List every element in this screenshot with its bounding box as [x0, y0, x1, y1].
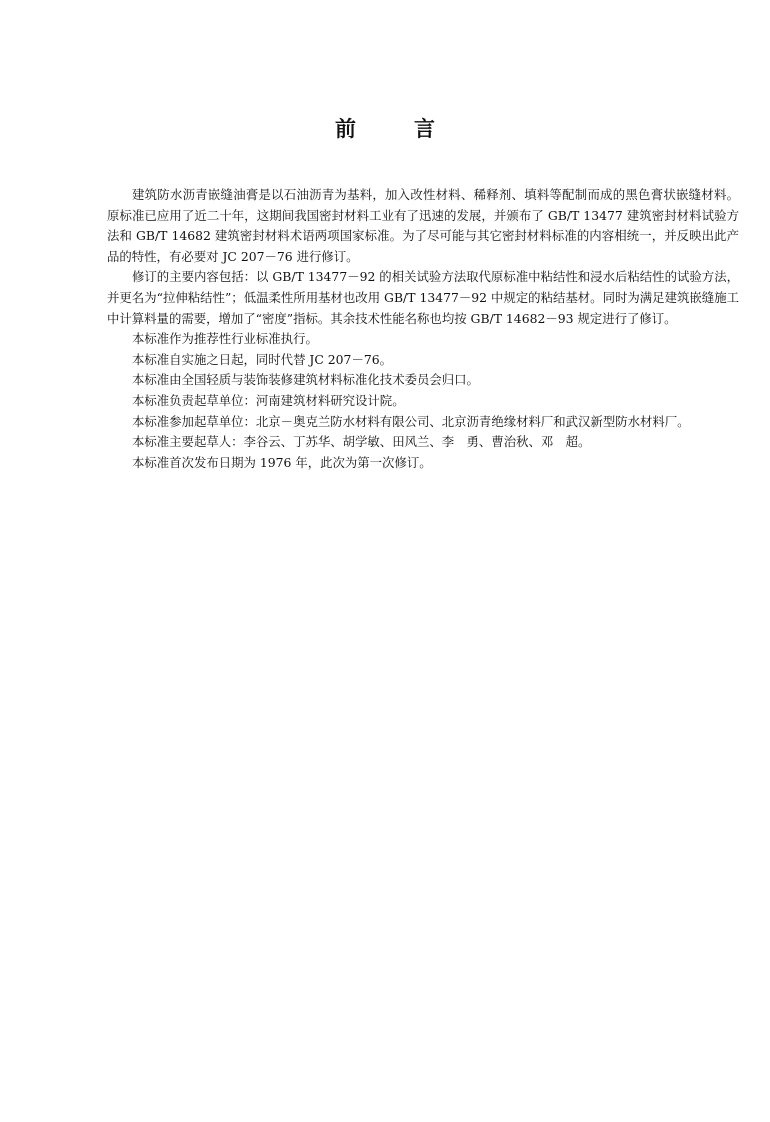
- paragraph-supersedes: 本标准自实施之日起，同时代替 JC 207－76。: [107, 350, 739, 371]
- paragraph-lead-drafter: 本标准负责起草单位：河南建筑材料研究设计院。: [107, 391, 739, 412]
- paragraph-administered-by: 本标准由全国轻质与装饰装修建筑材料标准化技术委员会归口。: [107, 370, 739, 391]
- document-page: 前言 建筑防水沥青嵌缝油膏是以石油沥青为基料，加入改性材料、稀释剂、填料等配制而…: [0, 0, 770, 1122]
- paragraph-revision-content: 修订的主要内容包括：以 GB/T 13477－92 的相关试验方法取代原标准中粘…: [107, 267, 739, 329]
- page-title: 前言: [0, 113, 770, 143]
- title-char-1: 前: [335, 113, 356, 143]
- paragraph-principal-authors: 本标准主要起草人：李谷云、丁苏华、胡学敏、田风兰、李 勇、曹治秋、邓 超。: [107, 432, 739, 453]
- paragraph-standard-type: 本标准作为推荐性行业标准执行。: [107, 329, 739, 350]
- paragraph-background: 建筑防水沥青嵌缝油膏是以石油沥青为基料，加入改性材料、稀释剂、填料等配制而成的黑…: [107, 185, 739, 267]
- title-char-2: 言: [414, 113, 435, 143]
- paragraph-participating-drafters: 本标准参加起草单位：北京－奥克兰防水材料有限公司、北京沥青绝缘材料厂和武汉新型防…: [107, 412, 739, 433]
- foreword-body: 建筑防水沥青嵌缝油膏是以石油沥青为基料，加入改性材料、稀释剂、填料等配制而成的黑…: [107, 185, 739, 473]
- paragraph-publication-history: 本标准首次发布日期为 1976 年，此次为第一次修订。: [107, 453, 739, 474]
